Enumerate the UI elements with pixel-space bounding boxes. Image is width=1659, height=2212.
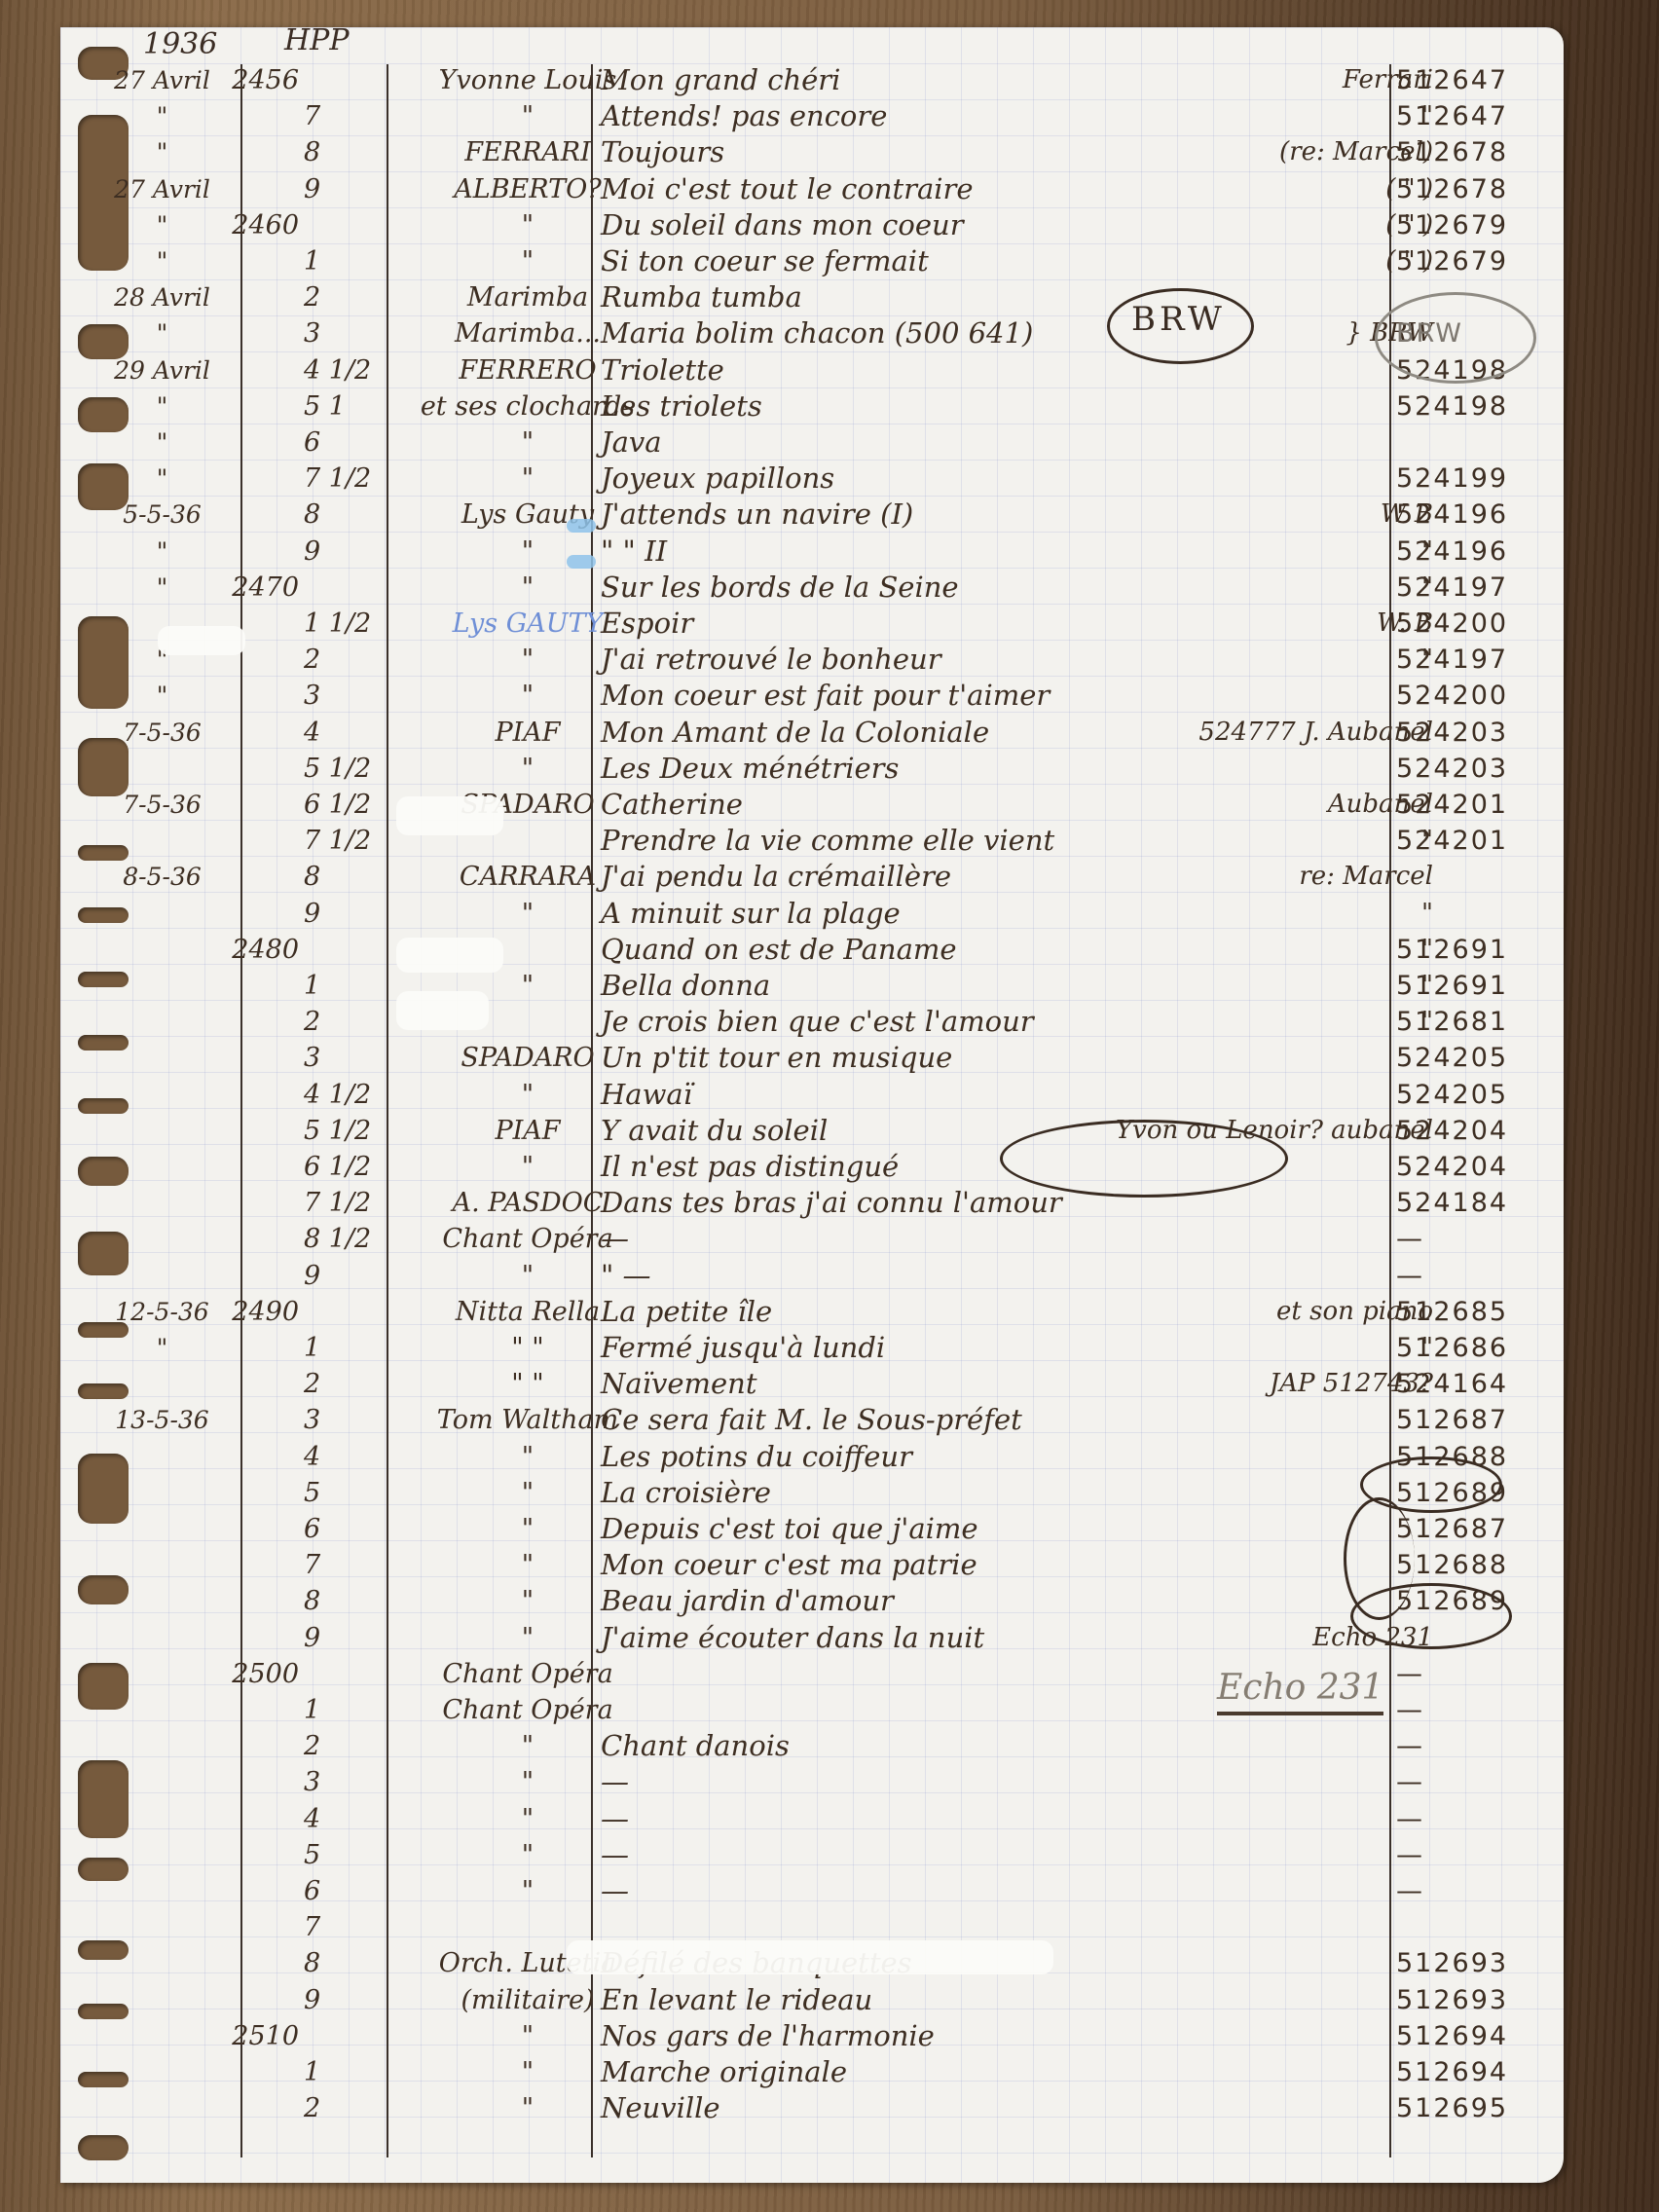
catalogue-number-cell: 524199 — [1396, 461, 1552, 497]
take-cell: 4 — [304, 715, 391, 751]
title-cell: Chant danois — [601, 1728, 1146, 1764]
title-cell: Un p'tit tour en musique — [601, 1040, 1146, 1076]
take-cell: 9 — [304, 534, 391, 570]
title-cell: Beau jardin d'amour — [601, 1583, 1146, 1619]
note-cell: " — [1083, 823, 1433, 859]
take-cell: 5 1/2 — [304, 751, 391, 787]
ledger-row: 12-5-362490Nitta RellaLa petite îleet so… — [60, 1294, 1564, 1330]
hpp-cell: 2470 — [231, 570, 299, 606]
take-cell: 6 1/2 — [304, 1149, 391, 1185]
take-cell: 8 1/2 — [304, 1221, 391, 1257]
catalogue-number-cell: 512688 — [1396, 1547, 1552, 1583]
title-cell: — — [601, 1221, 1146, 1257]
catalogue-number-cell: — — [1396, 1656, 1552, 1692]
catalogue-number-cell: 524205 — [1396, 1077, 1552, 1113]
whiteout-patch — [158, 626, 245, 655]
take-cell: 1 — [304, 1330, 391, 1366]
ledger-row: 8-5-368CARRARAJ'ai pendu la crémaillèrer… — [60, 859, 1564, 895]
date-cell: 27 Avril — [101, 171, 223, 207]
ledger-row: 7-5-364PIAFMon Amant de la Coloniale5247… — [60, 715, 1564, 751]
title-cell: Rumba tumba — [601, 279, 1146, 315]
take-cell: 3 — [304, 1764, 391, 1800]
ledger-row: 4"—— — [60, 1801, 1564, 1837]
ledger-row: "8FERRARIToujours(re: Marcel)512678 — [60, 134, 1564, 170]
note-cell: Ferrari — [1083, 62, 1433, 98]
ledger-row: 7-5-366 1/2SPADAROCatherineAubanel524201 — [60, 787, 1564, 823]
ledger-row: 7 1/2A. PASDOCDans tes bras j'ai connu l… — [60, 1185, 1564, 1221]
date-cell: 27 Avril — [101, 62, 223, 98]
date-cell: " — [101, 388, 223, 424]
whiteout-patch — [396, 938, 503, 973]
ledger-row: "5 1et ses clochardsLes triolets524198 — [60, 388, 1564, 424]
ledger-row: 5"La croisière512689 — [60, 1475, 1564, 1511]
catalogue-number-cell: 512678 — [1396, 171, 1552, 207]
ledger-row: 9"" —— — [60, 1258, 1564, 1294]
ledger-row: 6"—— — [60, 1873, 1564, 1909]
catalogue-number-cell: 524196 — [1396, 534, 1552, 570]
catalogue-number-cell: 512679 — [1396, 243, 1552, 279]
title-cell: Moi c'est tout le contraire — [601, 171, 1146, 207]
ledger-row: 2Je crois bien que c'est l'amour"512681 — [60, 1004, 1564, 1040]
catalogue-number-cell: 524203 — [1396, 715, 1552, 751]
ledger-row: 4 1/2"Hawaï524205 — [60, 1077, 1564, 1113]
ledger-row: 2"Neuville512695 — [60, 2090, 1564, 2126]
note-cell: " — [1083, 642, 1433, 678]
date-cell: " — [101, 424, 223, 461]
catalogue-number-cell: 524203 — [1396, 751, 1552, 787]
title-cell: — — [601, 1837, 1146, 1873]
whiteout-patch — [396, 991, 489, 1030]
date-cell: " — [101, 534, 223, 570]
date-cell: " — [101, 98, 223, 134]
whiteout-patch — [396, 796, 503, 835]
title-cell: En levant le rideau — [601, 1982, 1146, 2018]
catalogue-number-cell: — — [1396, 1692, 1552, 1728]
date-cell: 5-5-36 — [101, 497, 223, 533]
catalogue-number-cell: 524200 — [1396, 606, 1552, 642]
note-cell: Aubanel — [1083, 787, 1433, 823]
take-cell: 4 — [304, 1439, 391, 1475]
note-cell: " — [1083, 570, 1433, 606]
catalogue-number-cell: — — [1396, 1258, 1552, 1294]
ledger-row: 5 1/2PIAFY avait du soleilYvon ou Lenoir… — [60, 1113, 1564, 1149]
title-cell: Marche originale — [601, 2054, 1146, 2090]
ledger-row: 4"Les potins du coiffeur512688 — [60, 1439, 1564, 1475]
bracket-mark — [1344, 1497, 1415, 1620]
title-cell: Mon coeur c'est ma patrie — [601, 1547, 1146, 1583]
take-cell: 4 1/2 — [304, 1077, 391, 1113]
artist-cell: Chant Opéra — [396, 1692, 659, 1728]
take-cell: 5 — [304, 1837, 391, 1873]
ledger-row: 27 Avril9ALBERTO?Moi c'est tout le contr… — [60, 171, 1564, 207]
note-cell: JAP 512743? — [1083, 1366, 1433, 1402]
catalogue-number-cell: 512693 — [1396, 1982, 1552, 2018]
ledger-row: 5-5-368Lys GautyJ'attends un navire (I)W… — [60, 497, 1564, 533]
title-cell: — — [601, 1873, 1146, 1909]
note-cell: et son piano — [1083, 1294, 1433, 1330]
take-cell: 1 — [304, 2054, 391, 2090]
take-cell: 6 — [304, 1511, 391, 1547]
title-cell: Je crois bien que c'est l'amour — [601, 1004, 1146, 1040]
take-cell: 7 — [304, 98, 391, 134]
catalogue-number-cell: 512678 — [1396, 134, 1552, 170]
catalogue-number-cell: 512693 — [1396, 1945, 1552, 1981]
take-cell: 7 1/2 — [304, 1185, 391, 1221]
title-cell: Depuis c'est toi que j'aime — [601, 1511, 1146, 1547]
catalogue-number-cell: 524197 — [1396, 642, 1552, 678]
title-cell: Mon Amant de la Coloniale — [601, 715, 1146, 751]
hpp-cell: 2500 — [231, 1656, 299, 1692]
catalogue-number-cell: 512695 — [1396, 2090, 1552, 2126]
title-cell: Si ton coeur se fermait — [601, 243, 1146, 279]
title-cell: Attends! pas encore — [601, 98, 1146, 134]
ledger-row: "2460"Du soleil dans mon coeur( " )51267… — [60, 207, 1564, 243]
note-cell: ( " ) — [1083, 207, 1433, 243]
catalogue-number-cell: 512681 — [1396, 1004, 1552, 1040]
note-cell: " — [1083, 1004, 1433, 1040]
take-cell: 3 — [304, 315, 391, 351]
take-cell: 5 1 — [304, 388, 391, 424]
take-cell: 3 — [304, 678, 391, 714]
date-cell: " — [101, 570, 223, 606]
title-cell: — — [601, 1764, 1146, 1800]
ledger-row: "2"J'ai retrouvé le bonheur"524197 — [60, 642, 1564, 678]
title-cell: La petite île — [601, 1294, 1146, 1330]
note-cell: ( " ) — [1083, 243, 1433, 279]
take-cell: 8 — [304, 134, 391, 170]
note-cell: W. B — [1083, 606, 1433, 642]
title-cell: Les Deux ménétriers — [601, 751, 1146, 787]
title-cell: J'ai pendu la crémaillère — [601, 859, 1146, 895]
ledger-row: 2"Chant danois— — [60, 1728, 1564, 1764]
ledger-row: 28 Avril2MarimbaRumba tumba — [60, 279, 1564, 315]
artist-cell: Chant Opéra — [396, 1656, 659, 1692]
title-cell: La croisière — [601, 1475, 1146, 1511]
ledger-row: "3"Mon coeur est fait pour t'aimer524200 — [60, 678, 1564, 714]
date-cell: " — [101, 134, 223, 170]
ledger-row: 6 1/2"Il n'est pas distingué524204 — [60, 1149, 1564, 1185]
note-cell: (re: Marcel) — [1083, 134, 1433, 170]
date-cell: " — [101, 243, 223, 279]
date-cell: " — [101, 1330, 223, 1366]
take-cell: 2 — [304, 2090, 391, 2126]
title-cell: " " II — [601, 534, 1146, 570]
date-cell: 8-5-36 — [101, 859, 223, 895]
title-cell: Naïvement — [601, 1366, 1146, 1402]
title-cell: Joyeux papillons — [601, 461, 1146, 497]
catalogue-number-cell: 524204 — [1396, 1149, 1552, 1185]
ledger-row: 29 Avril4 1/2FERREROTriolette524198 — [60, 352, 1564, 388]
date-cell: 28 Avril — [101, 279, 223, 315]
catalogue-number-cell: — — [1396, 1728, 1552, 1764]
catalogue-number-cell: 512647 — [1396, 98, 1552, 134]
catalogue-number-cell: 512685 — [1396, 1294, 1552, 1330]
catalogue-number-cell: 512694 — [1396, 2018, 1552, 2054]
take-cell: 2 — [304, 1366, 391, 1402]
catalogue-number-cell: 524200 — [1396, 678, 1552, 714]
take-cell: 9 — [304, 1258, 391, 1294]
catalogue-number-cell: 524197 — [1396, 570, 1552, 606]
take-cell: 8 — [304, 1583, 391, 1619]
title-cell: Java — [601, 424, 1146, 461]
ledger-row: "2470"Sur les bords de la Seine"524197 — [60, 570, 1564, 606]
date-cell: 7-5-36 — [101, 715, 223, 751]
title-cell: J'aime écouter dans la nuit — [601, 1620, 1146, 1656]
take-cell: 6 — [304, 1873, 391, 1909]
take-cell: 1 — [304, 968, 391, 1004]
catalogue-number-cell: 512687 — [1396, 1511, 1552, 1547]
catalogue-number-cell: 524201 — [1396, 787, 1552, 823]
note-cell: " — [1083, 932, 1433, 968]
ledger-row: 1 1/2Lys GAUTYEspoirW. B524200 — [60, 606, 1564, 642]
title-cell: Mon grand chéri — [601, 62, 1146, 98]
catalogue-number-cell: 512679 — [1396, 207, 1552, 243]
ledger-row: 1"Marche originale512694 — [60, 2054, 1564, 2090]
brw-label: BRW — [1131, 300, 1226, 339]
catalogue-number-cell: — — [1396, 1873, 1552, 1909]
catalogue-number-cell: 512694 — [1396, 2054, 1552, 2090]
brw-margin-circle — [1375, 292, 1536, 384]
note-cell: " — [1083, 968, 1433, 1004]
ledger-row: "7 1/2"Joyeux papillons524199 — [60, 461, 1564, 497]
title-cell: — — [601, 1801, 1146, 1837]
catalogue-number-cell: 524164 — [1396, 1366, 1552, 1402]
date-cell: 29 Avril — [101, 352, 223, 388]
ledger-row: 9(militaire)En levant le rideau512693 — [60, 1982, 1564, 2018]
title-cell: Quand on est de Paname — [601, 932, 1146, 968]
ledger-row: "6"Java — [60, 424, 1564, 461]
binder-hole — [78, 2135, 129, 2160]
title-cell: Neuville — [601, 2090, 1146, 2126]
catalogue-number-cell: 512687 — [1396, 1402, 1552, 1438]
ledger-page: 1936 HPP 27 Avril2456Yvonne LouisMon gra… — [60, 27, 1564, 2183]
take-cell: 1 1/2 — [304, 606, 391, 642]
title-cell: Toujours — [601, 134, 1146, 170]
take-cell: 9 — [304, 1982, 391, 2018]
ledger-row: 1"Bella donna"512691 — [60, 968, 1564, 1004]
title-cell: Hawaï — [601, 1077, 1146, 1113]
note-cell: " — [1083, 98, 1433, 134]
take-cell: 3 — [304, 1040, 391, 1076]
take-cell: 5 — [304, 1475, 391, 1511]
note-cell: " — [1083, 896, 1433, 932]
note-cell: 524777 J. Aubanel — [1083, 715, 1433, 751]
header-series: HPP — [284, 23, 350, 57]
blue-marker — [567, 519, 596, 533]
catalogue-number-cell: 524201 — [1396, 823, 1552, 859]
ledger-row: 5 1/2"Les Deux ménétriers524203 — [60, 751, 1564, 787]
take-cell: 7 — [304, 1909, 391, 1945]
ledger-row: 27 Avril2456Yvonne LouisMon grand chériF… — [60, 62, 1564, 98]
ledger-row: 2510"Nos gars de l'harmonie512694 — [60, 2018, 1564, 2054]
take-cell: 7 1/2 — [304, 461, 391, 497]
catalogue-number-cell: 524204 — [1396, 1113, 1552, 1149]
note-cell: " — [1083, 1330, 1433, 1366]
take-cell: 6 1/2 — [304, 787, 391, 823]
title-cell: Nos gars de l'harmonie — [601, 2018, 1146, 2054]
catalogue-number-cell: 512647 — [1396, 62, 1552, 98]
take-cell: 1 — [304, 1692, 391, 1728]
note-circle — [1000, 1120, 1288, 1198]
catalogue-number-cell: — — [1396, 1801, 1552, 1837]
ledger-row: 2" "NaïvementJAP 512743?524164 — [60, 1366, 1564, 1402]
title-cell: Prendre la vie comme elle vient — [601, 823, 1146, 859]
ledger-row: "1"Si ton coeur se fermait( " )512679 — [60, 243, 1564, 279]
take-cell: 2 — [304, 279, 391, 315]
take-cell: 7 — [304, 1547, 391, 1583]
take-cell: 4 1/2 — [304, 352, 391, 388]
date-cell: 7-5-36 — [101, 787, 223, 823]
take-cell: 8 — [304, 1945, 391, 1981]
ledger-row: 6"Depuis c'est toi que j'aime512687 — [60, 1511, 1564, 1547]
date-cell: " — [101, 315, 223, 351]
note-cell: W B — [1083, 497, 1433, 533]
take-cell: 3 — [304, 1402, 391, 1438]
title-cell: Bella donna — [601, 968, 1146, 1004]
catalogue-number-cell: 524198 — [1396, 388, 1552, 424]
take-cell: 9 — [304, 171, 391, 207]
take-cell: 2 — [304, 642, 391, 678]
title-cell: J'attends un navire (I) — [601, 497, 1146, 533]
ledger-row: 3"—— — [60, 1764, 1564, 1800]
catalogue-number-cell: 524205 — [1396, 1040, 1552, 1076]
note-cell: " — [1083, 534, 1433, 570]
title-cell: Les triolets — [601, 388, 1146, 424]
take-cell: 9 — [304, 896, 391, 932]
ledger-row: "1" "Fermé jusqu'à lundi"512686 — [60, 1330, 1564, 1366]
title-cell: " — — [601, 1258, 1146, 1294]
catalogue-number-cell: 524196 — [1396, 497, 1552, 533]
hpp-cell: 2510 — [231, 2018, 299, 2054]
title-cell: Du soleil dans mon coeur — [601, 207, 1146, 243]
ledger-row: 5"—— — [60, 1837, 1564, 1873]
ledger-row: 7"Mon coeur c'est ma patrie512688 — [60, 1547, 1564, 1583]
ledger-row: 9"A minuit sur la plage" — [60, 896, 1564, 932]
hpp-cell: 2456 — [231, 62, 299, 98]
date-cell: " — [101, 678, 223, 714]
take-cell: 6 — [304, 424, 391, 461]
ledger-row: 8"Beau jardin d'amour512689 — [60, 1583, 1564, 1619]
ledger-row: 8 1/2Chant Opéra—— — [60, 1221, 1564, 1257]
date-cell: " — [101, 207, 223, 243]
catalogue-number-cell: 512686 — [1396, 1330, 1552, 1366]
take-cell: 8 — [304, 859, 391, 895]
note-cell: ( " ) — [1083, 171, 1433, 207]
title-cell: Fermé jusqu'à lundi — [601, 1330, 1146, 1366]
blue-marker — [567, 555, 596, 569]
take-cell: 2 — [304, 1004, 391, 1040]
catalogue-number-cell: — — [1396, 1837, 1552, 1873]
take-cell: 4 — [304, 1801, 391, 1837]
ledger-row: 7 1/2Prendre la vie comme elle vient"524… — [60, 823, 1564, 859]
title-cell: Ce sera fait M. le Sous-préfet — [601, 1402, 1146, 1438]
date-cell: 12-5-36 — [101, 1294, 223, 1330]
take-cell: 5 1/2 — [304, 1113, 391, 1149]
header-year: 1936 — [143, 27, 217, 61]
title-cell: Maria bolim chacon (500 641) — [601, 315, 1146, 351]
echo-label: Echo 231 — [1217, 1668, 1383, 1715]
catalogue-number-cell: — — [1396, 1221, 1552, 1257]
ledger-row: 3SPADAROUn p'tit tour en musique524205 — [60, 1040, 1564, 1076]
hpp-cell: 2480 — [231, 932, 299, 968]
title-cell: Catherine — [601, 787, 1146, 823]
catalogue-number-cell: 512691 — [1396, 968, 1552, 1004]
title-cell: Espoir — [601, 606, 1146, 642]
title-cell: Mon coeur est fait pour t'aimer — [601, 678, 1146, 714]
title-cell: Les potins du coiffeur — [601, 1439, 1146, 1475]
date-cell: " — [101, 461, 223, 497]
title-cell: A minuit sur la plage — [601, 896, 1146, 932]
ledger-row: "7"Attends! pas encore"512647 — [60, 98, 1564, 134]
take-cell: 8 — [304, 497, 391, 533]
note-cell: re: Marcel — [1083, 859, 1433, 895]
catalogue-number-cell: — — [1396, 1764, 1552, 1800]
ledger-row: 2480Quand on est de Paname"512691 — [60, 932, 1564, 968]
title-cell: Triolette — [601, 352, 1146, 388]
hpp-cell: 2490 — [231, 1294, 299, 1330]
hpp-cell: 2460 — [231, 207, 299, 243]
ledger-row: 9"J'aime écouter dans la nuitEcho 231 — [60, 1620, 1564, 1656]
ledger-row: 13-5-363Tom WalthamCe sera fait M. le So… — [60, 1402, 1564, 1438]
take-cell: 2 — [304, 1728, 391, 1764]
catalogue-number-cell: 512691 — [1396, 932, 1552, 968]
date-cell: 13-5-36 — [101, 1402, 223, 1438]
take-cell: 7 1/2 — [304, 823, 391, 859]
catalogue-number-cell: 524184 — [1396, 1185, 1552, 1221]
whiteout-patch — [567, 1940, 1053, 1974]
title-cell: Sur les bords de la Seine — [601, 570, 1146, 606]
ledger-row: "9"" " II"524196 — [60, 534, 1564, 570]
title-cell: J'ai retrouvé le bonheur — [601, 642, 1146, 678]
take-cell: 9 — [304, 1620, 391, 1656]
ledger-row: "3Marimba...Maria bolim chacon (500 641)… — [60, 315, 1564, 351]
take-cell: 1 — [304, 243, 391, 279]
